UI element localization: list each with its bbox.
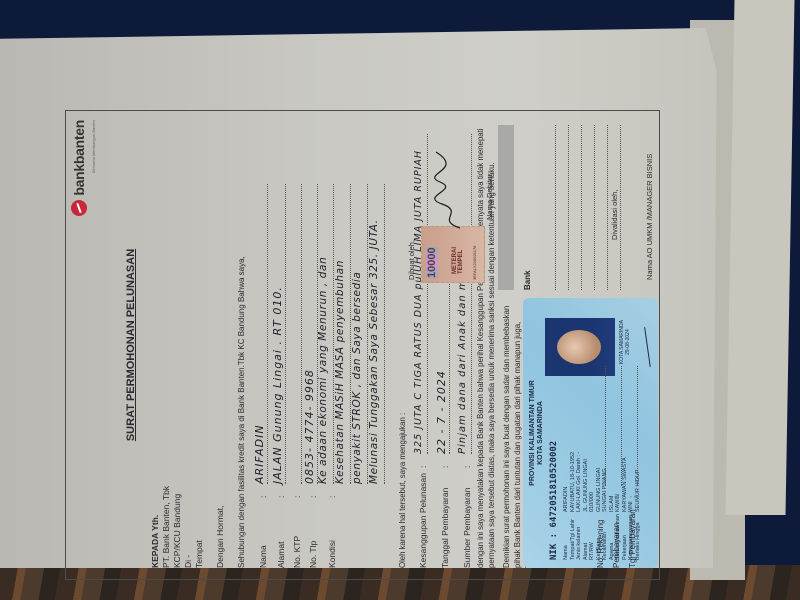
meterai-stamp: 10000 METERAI TEMPEL 3EFALX228521178 — [421, 226, 485, 283]
recipient-line: PT. Bank Banten, Tbk — [161, 486, 172, 568]
debtor-signature — [430, 150, 470, 230]
field-label: Kondisi — [327, 498, 337, 568]
field-label: Sumber Pembayaran — [462, 468, 472, 568]
bank-logo-icon — [71, 200, 87, 216]
ktp-nik-label: NIK — [549, 544, 559, 560]
field-value-tanggal: 22 - 7 - 2024 — [435, 254, 450, 454]
field-value-alamat: JALAN Gunung Lingai . RT 010. — [271, 184, 286, 484]
dotted-line — [569, 125, 582, 290]
dotted-line — [609, 366, 622, 486]
ktp-issue: KOTA SAMARINDA 29-08-2024 — [619, 320, 631, 364]
payment-label: No. Rekening — [593, 498, 609, 568]
colon: : — [462, 454, 472, 468]
dotted-line — [595, 125, 608, 290]
intro-text: Sehubungan dengan fasilitas kredit saya … — [237, 256, 246, 568]
document-title: SURAT PERMOHONAN PELUNASAN — [125, 110, 137, 580]
field-label: No. KTP — [292, 498, 302, 568]
field-label: Kesanggupan Pelunasan — [418, 468, 428, 568]
back-sheet — [726, 0, 795, 515]
kondisi-line: Melunasi Tunggakan Saya Sebesar 325. JUT… — [368, 184, 385, 484]
stamp-code: 3EFALX228521178 — [472, 246, 477, 280]
bank-tagline: Bersama Membangun Banten — [91, 120, 96, 173]
field-value-ktp — [287, 184, 302, 484]
colon: : — [308, 484, 318, 498]
colon: : — [258, 484, 268, 498]
ktp-city: KOTA SAMARINDA — [537, 298, 545, 568]
field-kesanggupan: Kesanggupan Pelunasan : 325 JUTA C TIGA … — [413, 134, 428, 568]
stamp-amount: 10000 — [426, 247, 438, 278]
bank-name: bankbanten — [71, 120, 87, 196]
colon: : — [440, 454, 450, 468]
validator-name-label: Nama AO UMKM /MANAGER BISNIS — [645, 154, 654, 280]
field-label: Alamat — [276, 498, 286, 568]
greeting: Dengan Hormat, — [215, 506, 225, 568]
colon: : — [276, 484, 286, 498]
debtor-name-label: Nama Debitur — [485, 174, 494, 220]
payment-row: Pembayaran: — [609, 366, 625, 568]
payment-row: Tgl Pembayaran: — [625, 366, 641, 568]
signature-header-bar — [498, 125, 514, 290]
field-nama: Nama : ARIFADIN — [253, 184, 268, 568]
dotted-line — [593, 366, 606, 486]
colon: : — [292, 484, 302, 498]
colon: : — [418, 454, 428, 468]
ktp-issue-date: 29-08-2024 — [625, 320, 631, 364]
ktp-header: PROVINSI KALIMANTAN TIMUR KOTA SAMARINDA — [529, 298, 545, 568]
ktp-nik-value: 6472051810520002 — [549, 441, 559, 528]
recipient-line: Tempat — [194, 486, 205, 568]
ktp-signature — [630, 327, 650, 369]
recipient-heading: KEPADA Yth. — [150, 486, 161, 568]
recipient-line: Di - — [183, 486, 194, 568]
kondisi-line: Ke adaan ekonomi yang Menurun , dan — [317, 184, 334, 484]
payment-rows: No. Rekening: Pembayaran: Tgl Pembayaran… — [593, 366, 641, 568]
recipient-block: KEPADA Yth. PT. Bank Banten, Tbk KCP/KCU… — [150, 486, 205, 568]
ktp-province: PROVINSI KALIMANTAN TIMUR — [529, 298, 537, 568]
field-tanggal: Tanggal Pembayaran : 22 - 7 - 2024 — [435, 254, 450, 568]
payment-row: No. Rekening: — [593, 366, 609, 568]
colon: : — [327, 484, 337, 498]
made-by-label: Dibuat oleh, — [407, 240, 416, 280]
kondisi-line: penyakit STROK , dan Saya bersedia — [351, 184, 368, 484]
payment-label: Tgl Pembayaran — [625, 498, 641, 568]
request-intro: Oleh karena hal tersebut, saya mengajuka… — [397, 128, 408, 568]
field-label: Nama — [258, 498, 268, 568]
payment-label: Pembayaran — [609, 498, 625, 568]
field-value-tlp: 0853- 4774- 9968 — [303, 184, 318, 484]
dotted-line — [625, 366, 638, 486]
field-alamat: Alamat : JALAN Gunung Lingai . RT 010. — [271, 184, 286, 568]
dotted-line — [543, 125, 556, 290]
field-label: No. Tlp — [308, 498, 318, 568]
stamp-text: METERAI TEMPEL — [452, 227, 464, 274]
field-value-kesanggupan: 325 JUTA C TIGA RATUS DUA pulUH LIMA JUT… — [413, 134, 428, 454]
kondisi-line: Kesehatan MASiH MASA penyembuhan — [334, 184, 351, 484]
recipient-line: KCP/KCU Bandung — [172, 486, 183, 568]
ktp-nik: NIK : 6472051810520002 — [549, 441, 559, 560]
field-kondisi: Kondisi : — [327, 484, 337, 568]
field-tlp: No. Tlp : 0853- 4774- 9968 — [303, 184, 318, 568]
field-ktp: No. KTP : — [287, 184, 302, 568]
bank-logo: bankbanten — [71, 120, 87, 216]
dotted-line — [556, 125, 569, 290]
document-page: bankbanten Bersama Membangun Banten SURA… — [65, 110, 665, 580]
field-value-nama: ARIFADIN — [253, 184, 268, 484]
validated-by-label: Divalidasi oleh, — [610, 190, 619, 240]
field-label: Tanggal Pembayaran — [440, 468, 450, 568]
dotted-line — [582, 125, 595, 290]
bank-label: Bank — [523, 270, 532, 290]
kondisi-lines: Ke adaan ekonomi yang Menurun , dan Kese… — [317, 184, 385, 484]
